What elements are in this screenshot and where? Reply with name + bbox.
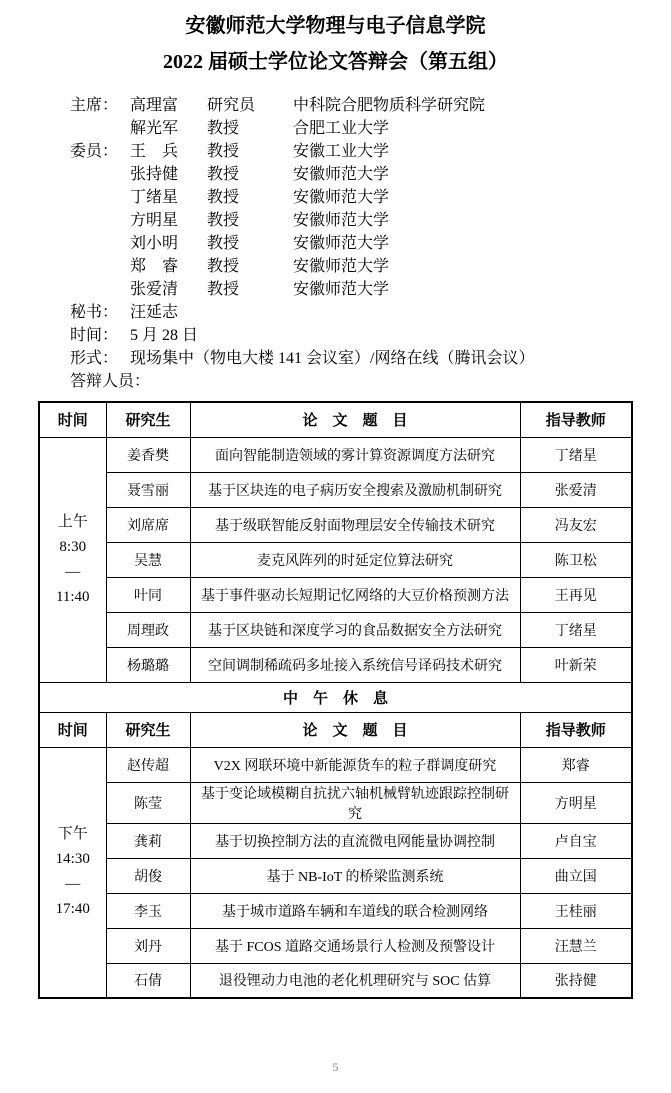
student-name-cell: 刘席席 [106,507,190,542]
afternoon-header-row: 时间 研究生 论 文 题 目 指导教师 [39,712,632,747]
table-row: 吴慧 麦克风阵列的时延定位算法研究 陈卫松 [39,542,632,577]
col-header-advisor: 指导教师 [520,712,632,747]
thesis-title-cell: 基于 NB-IoT 的桥梁监测系统 [190,858,520,893]
table-row: 聂雪丽 基于区块连的电子病历安全搜索及激励机制研究 张爱清 [39,472,632,507]
table-row: 上午 8:30 — 11:40 姜香樊 面向智能制造领域的雾计算资源调度方法研究… [39,437,632,472]
member-name: 张爱清 [130,278,207,301]
student-name-cell: 周理政 [106,612,190,647]
student-name-cell: 龚莉 [106,823,190,858]
student-name-cell: 杨璐璐 [106,647,190,682]
format-row: 形式： 现场集中（物电大楼 141 会议室）/网络在线（腾讯会议） [70,347,633,370]
advisor-cell: 陈卫松 [520,542,632,577]
thesis-title-cell: 基于变论域模糊自抗扰六轴机械臂轨迹跟踪控制研究 [190,782,520,823]
member-org: 安徽师范大学 [293,232,633,255]
advisor-cell: 冯友宏 [520,507,632,542]
advisor-cell: 王桂丽 [520,893,632,928]
morning-header-row: 时间 研究生 论 文 题 目 指导教师 [39,402,632,437]
member-name: 解光军 [130,117,207,140]
thesis-title-cell: 空间调制稀疏码多址接入系统信号译码技术研究 [190,647,520,682]
format-value: 现场集中（物电大楼 141 会议室）/网络在线（腾讯会议） [130,347,633,370]
committee-row: 主席： 高理富 研究员 中科院合肥物质科学研究院 [70,94,633,117]
thesis-title-cell: 麦克风阵列的时延定位算法研究 [190,542,520,577]
student-name-cell: 陈莹 [106,782,190,823]
date-label: 时间： [70,324,130,347]
thesis-title-cell: 基于城市道路车辆和车道线的联合检测网络 [190,893,520,928]
member-name: 丁绪星 [130,186,207,209]
thesis-title-cell: 基于级联智能反射面物理层安全传输技术研究 [190,507,520,542]
member-name: 刘小明 [130,232,207,255]
thesis-title-cell: 面向智能制造领域的雾计算资源调度方法研究 [190,437,520,472]
committee-label: 委员： [70,140,130,163]
advisor-cell: 汪慧兰 [520,928,632,963]
table-row: 陈莹 基于变论域模糊自抗扰六轴机械臂轨迹跟踪控制研究 方明星 [39,782,632,823]
committee-row: 方明星 教授 安徽师范大学 [70,209,633,232]
member-title: 教授 [207,232,293,255]
student-name-cell: 吴慧 [106,542,190,577]
advisor-cell: 方明星 [520,782,632,823]
member-name: 高理富 [130,94,207,117]
thesis-title-cell: 基于 FCOS 道路交通场景行人检测及预警设计 [190,928,520,963]
table-row: 石倩 退役锂动力电池的老化机理研究与 SOC 估算 张持健 [39,963,632,998]
member-label [70,232,130,255]
morning-session-time-cell: 上午 8:30 — 11:40 [39,437,106,682]
committee-row: 委员： 王 兵 教授 安徽工业大学 [70,140,633,163]
table-row: 胡俊 基于 NB-IoT 的桥梁监测系统 曲立国 [39,858,632,893]
col-header-time: 时间 [39,402,106,437]
defenders-row: 答辩人员： [70,370,633,393]
student-name-cell: 赵传超 [106,747,190,782]
page-title: 安徽师范大学物理与电子信息学院 [38,14,633,38]
member-org: 安徽师范大学 [293,255,633,278]
table-row: 杨璐璐 空间调制稀疏码多址接入系统信号译码技术研究 叶新荣 [39,647,632,682]
session-start-time: 8:30 [44,535,102,560]
member-name: 郑 睿 [130,255,207,278]
member-title: 教授 [207,163,293,186]
table-row: 李玉 基于城市道路车辆和车道线的联合检测网络 王桂丽 [39,893,632,928]
student-name-cell: 石倩 [106,963,190,998]
session-period: 上午 [44,510,102,535]
col-header-student: 研究生 [106,712,190,747]
table-row: 刘席席 基于级联智能反射面物理层安全传输技术研究 冯友宏 [39,507,632,542]
student-name-cell: 刘丹 [106,928,190,963]
member-name: 王 兵 [130,140,207,163]
session-end-time: 11:40 [44,585,102,610]
member-label [70,186,130,209]
student-name-cell: 聂雪丽 [106,472,190,507]
member-name: 方明星 [130,209,207,232]
chair-label: 主席： [70,94,130,117]
date-row: 时间： 5 月 28 日 [70,324,633,347]
session-start-time: 14:30 [44,847,102,872]
secretary-row: 秘书： 汪延志 [70,301,633,324]
noon-break-row: 中 午 休 息 [39,682,632,712]
table-row: 叶同 基于事件驱动长短期记忆网络的大豆价格预测方法 王再见 [39,577,632,612]
format-label: 形式： [70,347,130,370]
defense-schedule-table: 时间 研究生 论 文 题 目 指导教师 上午 8:30 — 11:40 姜香樊 … [38,401,633,999]
student-name-cell: 胡俊 [106,858,190,893]
date-value: 5 月 28 日 [130,324,633,347]
table-row: 刘丹 基于 FCOS 道路交通场景行人检测及预警设计 汪慧兰 [39,928,632,963]
member-title: 研究员 [207,94,293,117]
advisor-cell: 卢自宝 [520,823,632,858]
committee-row: 丁绪星 教授 安徽师范大学 [70,186,633,209]
advisor-cell: 曲立国 [520,858,632,893]
member-title: 教授 [207,255,293,278]
member-title: 教授 [207,278,293,301]
afternoon-session-time-cell: 下午 14:30 — 17:40 [39,747,106,998]
member-org: 安徽师范大学 [293,278,633,301]
secretary-name: 汪延志 [130,301,633,324]
session-end-time: 17:40 [44,897,102,922]
member-org: 安徽师范大学 [293,209,633,232]
member-org: 安徽工业大学 [293,140,633,163]
thesis-title-cell: 退役锂动力电池的老化机理研究与 SOC 估算 [190,963,520,998]
advisor-cell: 张持健 [520,963,632,998]
table-row: 下午 14:30 — 17:40 赵传超 V2X 网联环境中新能源货车的粒子群调… [39,747,632,782]
defenders-label: 答辩人员： [70,370,150,393]
col-header-thesis: 论 文 题 目 [190,402,520,437]
member-title: 教授 [207,186,293,209]
thesis-title-cell: 基于切换控制方法的直流微电网能量协调控制 [190,823,520,858]
session-dash: — [44,872,102,897]
col-header-student: 研究生 [106,402,190,437]
student-name-cell: 姜香樊 [106,437,190,472]
member-label [70,255,130,278]
advisor-cell: 王再见 [520,577,632,612]
col-header-time: 时间 [39,712,106,747]
thesis-title-cell: 基于区块连的电子病历安全搜索及激励机制研究 [190,472,520,507]
member-title: 教授 [207,140,293,163]
secretary-label: 秘书： [70,301,130,324]
student-name-cell: 叶同 [106,577,190,612]
student-name-cell: 李玉 [106,893,190,928]
page-number: 5 [0,1060,671,1075]
member-title: 教授 [207,209,293,232]
advisor-cell: 张爱清 [520,472,632,507]
thesis-title-cell: V2X 网联环境中新能源货车的粒子群调度研究 [190,747,520,782]
session-period: 下午 [44,822,102,847]
noon-break-cell: 中 午 休 息 [39,682,632,712]
document-page: 安徽师范大学物理与电子信息学院 2022 届硕士学位论文答辩会（第五组） 主席：… [0,0,671,1093]
member-org: 合肥工业大学 [293,117,633,140]
committee-row: 刘小明 教授 安徽师范大学 [70,232,633,255]
committee-row: 郑 睿 教授 安徽师范大学 [70,255,633,278]
member-org: 安徽师范大学 [293,186,633,209]
advisor-cell: 叶新荣 [520,647,632,682]
member-org: 安徽师范大学 [293,163,633,186]
member-name: 张持健 [130,163,207,186]
member-label [70,209,130,232]
page-subtitle: 2022 届硕士学位论文答辩会（第五组） [38,50,633,74]
advisor-cell: 丁绪星 [520,612,632,647]
session-dash: — [44,560,102,585]
col-header-thesis: 论 文 题 目 [190,712,520,747]
committee-row: 张持健 教授 安徽师范大学 [70,163,633,186]
meeting-info: 主席： 高理富 研究员 中科院合肥物质科学研究院 解光军 教授 合肥工业大学 委… [70,94,633,393]
thesis-title-cell: 基于事件驱动长短期记忆网络的大豆价格预测方法 [190,577,520,612]
table-row: 龚莉 基于切换控制方法的直流微电网能量协调控制 卢自宝 [39,823,632,858]
thesis-title-cell: 基于区块链和深度学习的食品数据安全方法研究 [190,612,520,647]
member-org: 中科院合肥物质科学研究院 [293,94,633,117]
member-label [70,278,130,301]
member-label [70,163,130,186]
committee-row: 张爱清 教授 安徽师范大学 [70,278,633,301]
committee-row: 解光军 教授 合肥工业大学 [70,117,633,140]
member-title: 教授 [207,117,293,140]
col-header-advisor: 指导教师 [520,402,632,437]
member-label [70,117,130,140]
advisor-cell: 郑睿 [520,747,632,782]
table-row: 周理政 基于区块链和深度学习的食品数据安全方法研究 丁绪星 [39,612,632,647]
advisor-cell: 丁绪星 [520,437,632,472]
